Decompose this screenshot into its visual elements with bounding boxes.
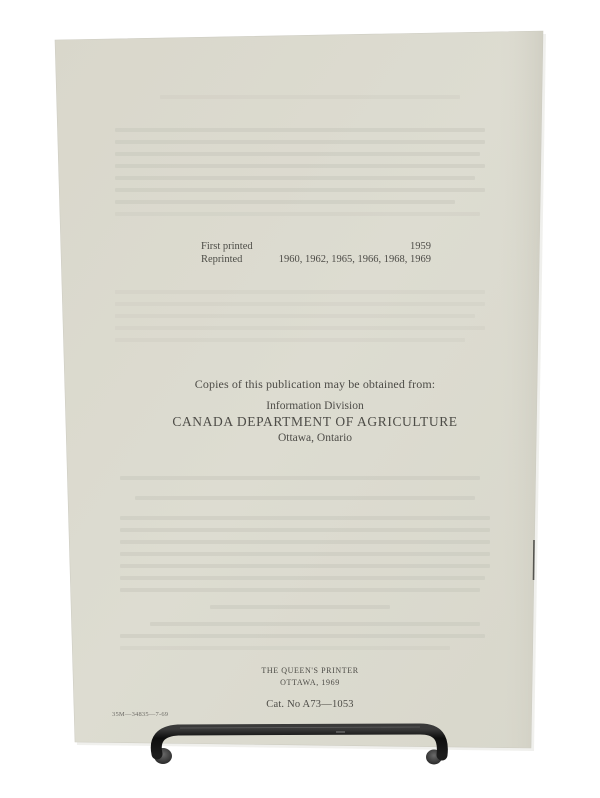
display-stand xyxy=(0,0,600,798)
photo-scene: First printed 1959 Reprinted 1960, 1962,… xyxy=(0,0,600,798)
stand-bar xyxy=(156,729,442,755)
